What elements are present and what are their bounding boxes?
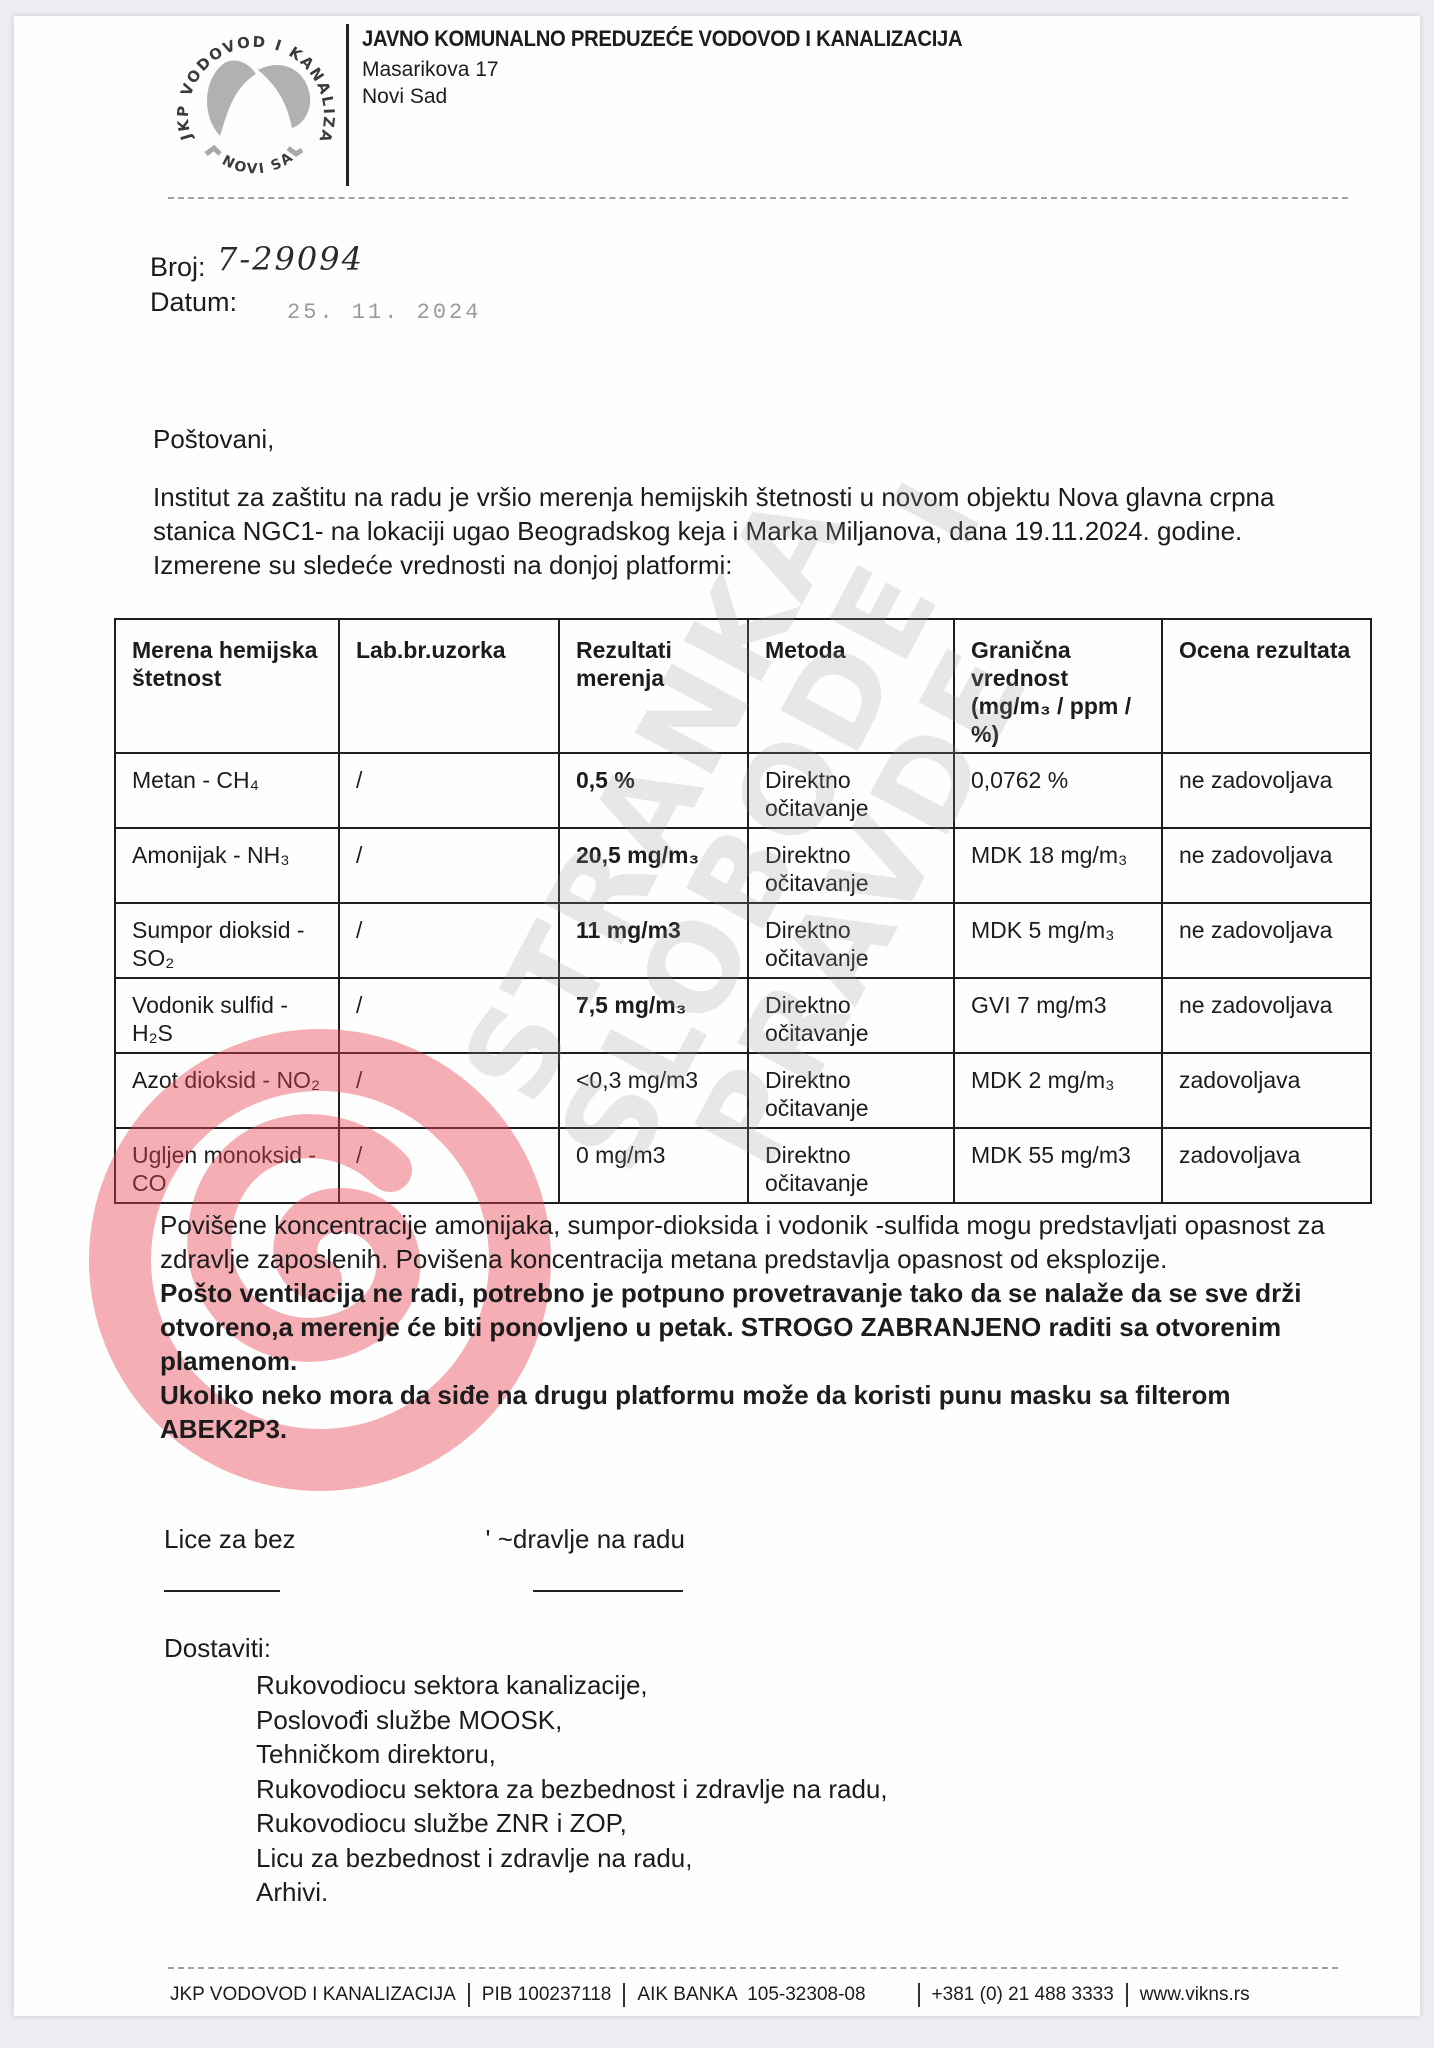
footer-website: www.vikns.rs [1140,1984,1250,2006]
organization-address: Masarikova 17 [362,58,499,82]
list-item: Tehničkom direktoru, [256,1737,888,1772]
cell-method: Direktno očitavanje [748,1053,954,1128]
broj-value: 7-29094 [217,240,364,278]
cell-limit: 0,0762 % [954,753,1162,828]
list-item: Rukovodiocu službe ZNR i ZOP, [256,1806,888,1841]
cell-limit: MDK 5 mg/m₃ [954,903,1162,978]
greeting: Poštovani, [153,422,1353,456]
cell-method: Direktno očitavanje [748,978,954,1053]
cell-assessment: ne zadovoljava [1162,978,1371,1053]
cell-lab: / [339,1053,559,1128]
header-divider [346,24,349,186]
cell-method: Direktno očitavanje [748,1128,954,1203]
list-item: Rukovodiocu sektora kanalizacije, [256,1668,888,1703]
cell-assessment: zadovoljava [1162,1128,1371,1203]
cell-substance: Metan - CH₄ [115,753,339,828]
svg-text:JKP VODOVOD I KANALIZACIJA: JKP VODOVOD I KANALIZACIJA [170,18,338,146]
footer-separator [468,1983,470,2007]
intro-paragraph: Institut za zaštitu na radu je vršio mer… [153,480,1323,582]
footer-phone: +381 (0) 21 488 3333 [932,1984,1114,2006]
footer-separator [1126,1983,1128,2007]
cell-substance: Vodonik sulfid - H₂S [115,978,339,1053]
cell-method: Direktno očitavanje [748,753,954,828]
ventilation-warning: Pošto ventilacija ne radi, potrebno je p… [160,1276,1360,1378]
col-header-result: Rezultati merenja [559,619,748,753]
col-header-lab: Lab.br.uzorka [339,619,559,753]
cell-substance: Ugljen monoksid - CO [115,1128,339,1203]
cell-result: 11 mg/m3 [559,903,748,978]
jkp-logo-icon: JKP VODOVOD I KANALIZACIJA NOVI SAD [170,18,340,190]
footer-separator [918,1983,920,2007]
organization-city: Novi Sad [362,85,447,109]
list-item: Licu za bezbednost i zdravlje na radu, [256,1841,888,1876]
distribution-title: Dostaviti: [164,1633,271,1664]
cell-method: Direktno očitavanje [748,828,954,903]
cell-lab: / [339,828,559,903]
notes-section: Povišene koncentracije amonijaka, sumpor… [160,1208,1360,1446]
table-row: Azot dioksid - NO₂/<0,3 mg/m3Direktno oč… [115,1053,1371,1128]
distribution-list: Rukovodiocu sektora kanalizacije, Poslov… [256,1668,888,1910]
footer: JKP VODOVOD I KANALIZACIJA PIB 100237118… [170,1983,1250,2007]
cell-assessment: ne zadovoljava [1162,753,1371,828]
cell-lab: / [339,753,559,828]
table-row: Metan - CH₄/0,5 %Direktno očitavanje0,07… [115,753,1371,828]
footer-separator [623,1983,625,2007]
table-row: Amonijak - NH₃/20,5 mg/m₃Direktno očitav… [115,828,1371,903]
table-row: Vodonik sulfid - H₂S/7,5 mg/m₃Direktno o… [115,978,1371,1053]
col-header-method: Metoda [748,619,954,753]
signature-label: Lice za bez' ~dravlje na radu [164,1524,685,1555]
cell-substance: Amonijak - NH₃ [115,828,339,903]
col-header-assessment: Ocena rezultata [1162,619,1371,753]
list-item: Arhivi. [256,1875,888,1910]
cell-lab: / [339,1128,559,1203]
col-header-limit: Granična vrednost (mg/m₃ / ppm / %) [954,619,1162,753]
cell-method: Direktno očitavanje [748,903,954,978]
datum-stamp: 25. 11. 2024 [287,300,481,325]
cell-result: <0,3 mg/m3 [559,1053,748,1128]
footer-company: JKP VODOVOD I KANALIZACIJA [170,1984,456,2006]
signature-line [533,1590,683,1592]
table-row: Ugljen monoksid - CO/0 mg/m3Direktno oči… [115,1128,1371,1203]
table-row: Sumpor dioksid - SO₂/11 mg/m3Direktno oč… [115,903,1371,978]
cell-result: 0,5 % [559,753,748,828]
cell-assessment: zadovoljava [1162,1053,1371,1128]
cell-limit: MDK 55 mg/m3 [954,1128,1162,1203]
cell-limit: MDK 2 mg/m₃ [954,1053,1162,1128]
mask-instruction: Ukoliko neko mora da siđe na drugu platf… [160,1378,1360,1446]
footer-pib: PIB 100237118 [482,1984,612,2006]
cell-limit: MDK 18 mg/m₃ [954,828,1162,903]
datum-label: Datum: [150,287,237,318]
cell-lab: / [339,978,559,1053]
col-header-substance: Merena hemijska štetnost [115,619,339,753]
list-item: Poslovođi službe MOOSK, [256,1703,888,1738]
signature-line [164,1590,280,1592]
cell-substance: Sumpor dioksid - SO₂ [115,903,339,978]
cell-result: 7,5 mg/m₃ [559,978,748,1053]
cell-assessment: ne zadovoljava [1162,903,1371,978]
cell-lab: / [339,903,559,978]
cell-result: 0 mg/m3 [559,1128,748,1203]
footer-rule [168,1967,1338,1969]
cell-assessment: ne zadovoljava [1162,828,1371,903]
organization-name: JAVNO KOMUNALNO PREDUZEĆE VODOVOD I KANA… [362,26,962,52]
list-item: Rukovodiocu sektora za bezbednost i zdra… [256,1772,888,1807]
table-header-row: Merena hemijska štetnost Lab.br.uzorka R… [115,619,1371,753]
cell-result: 20,5 mg/m₃ [559,828,748,903]
cell-limit: GVI 7 mg/m3 [954,978,1162,1053]
header-rule [168,197,1348,199]
hazard-paragraph: Povišene koncentracije amonijaka, sumpor… [160,1208,1360,1276]
footer-bank: AIK BANKA 105-32308-08 [637,1984,865,2006]
broj-label: Broj: [150,252,206,283]
cell-substance: Azot dioksid - NO₂ [115,1053,339,1128]
measurements-table: Merena hemijska štetnost Lab.br.uzorka R… [114,618,1372,1204]
